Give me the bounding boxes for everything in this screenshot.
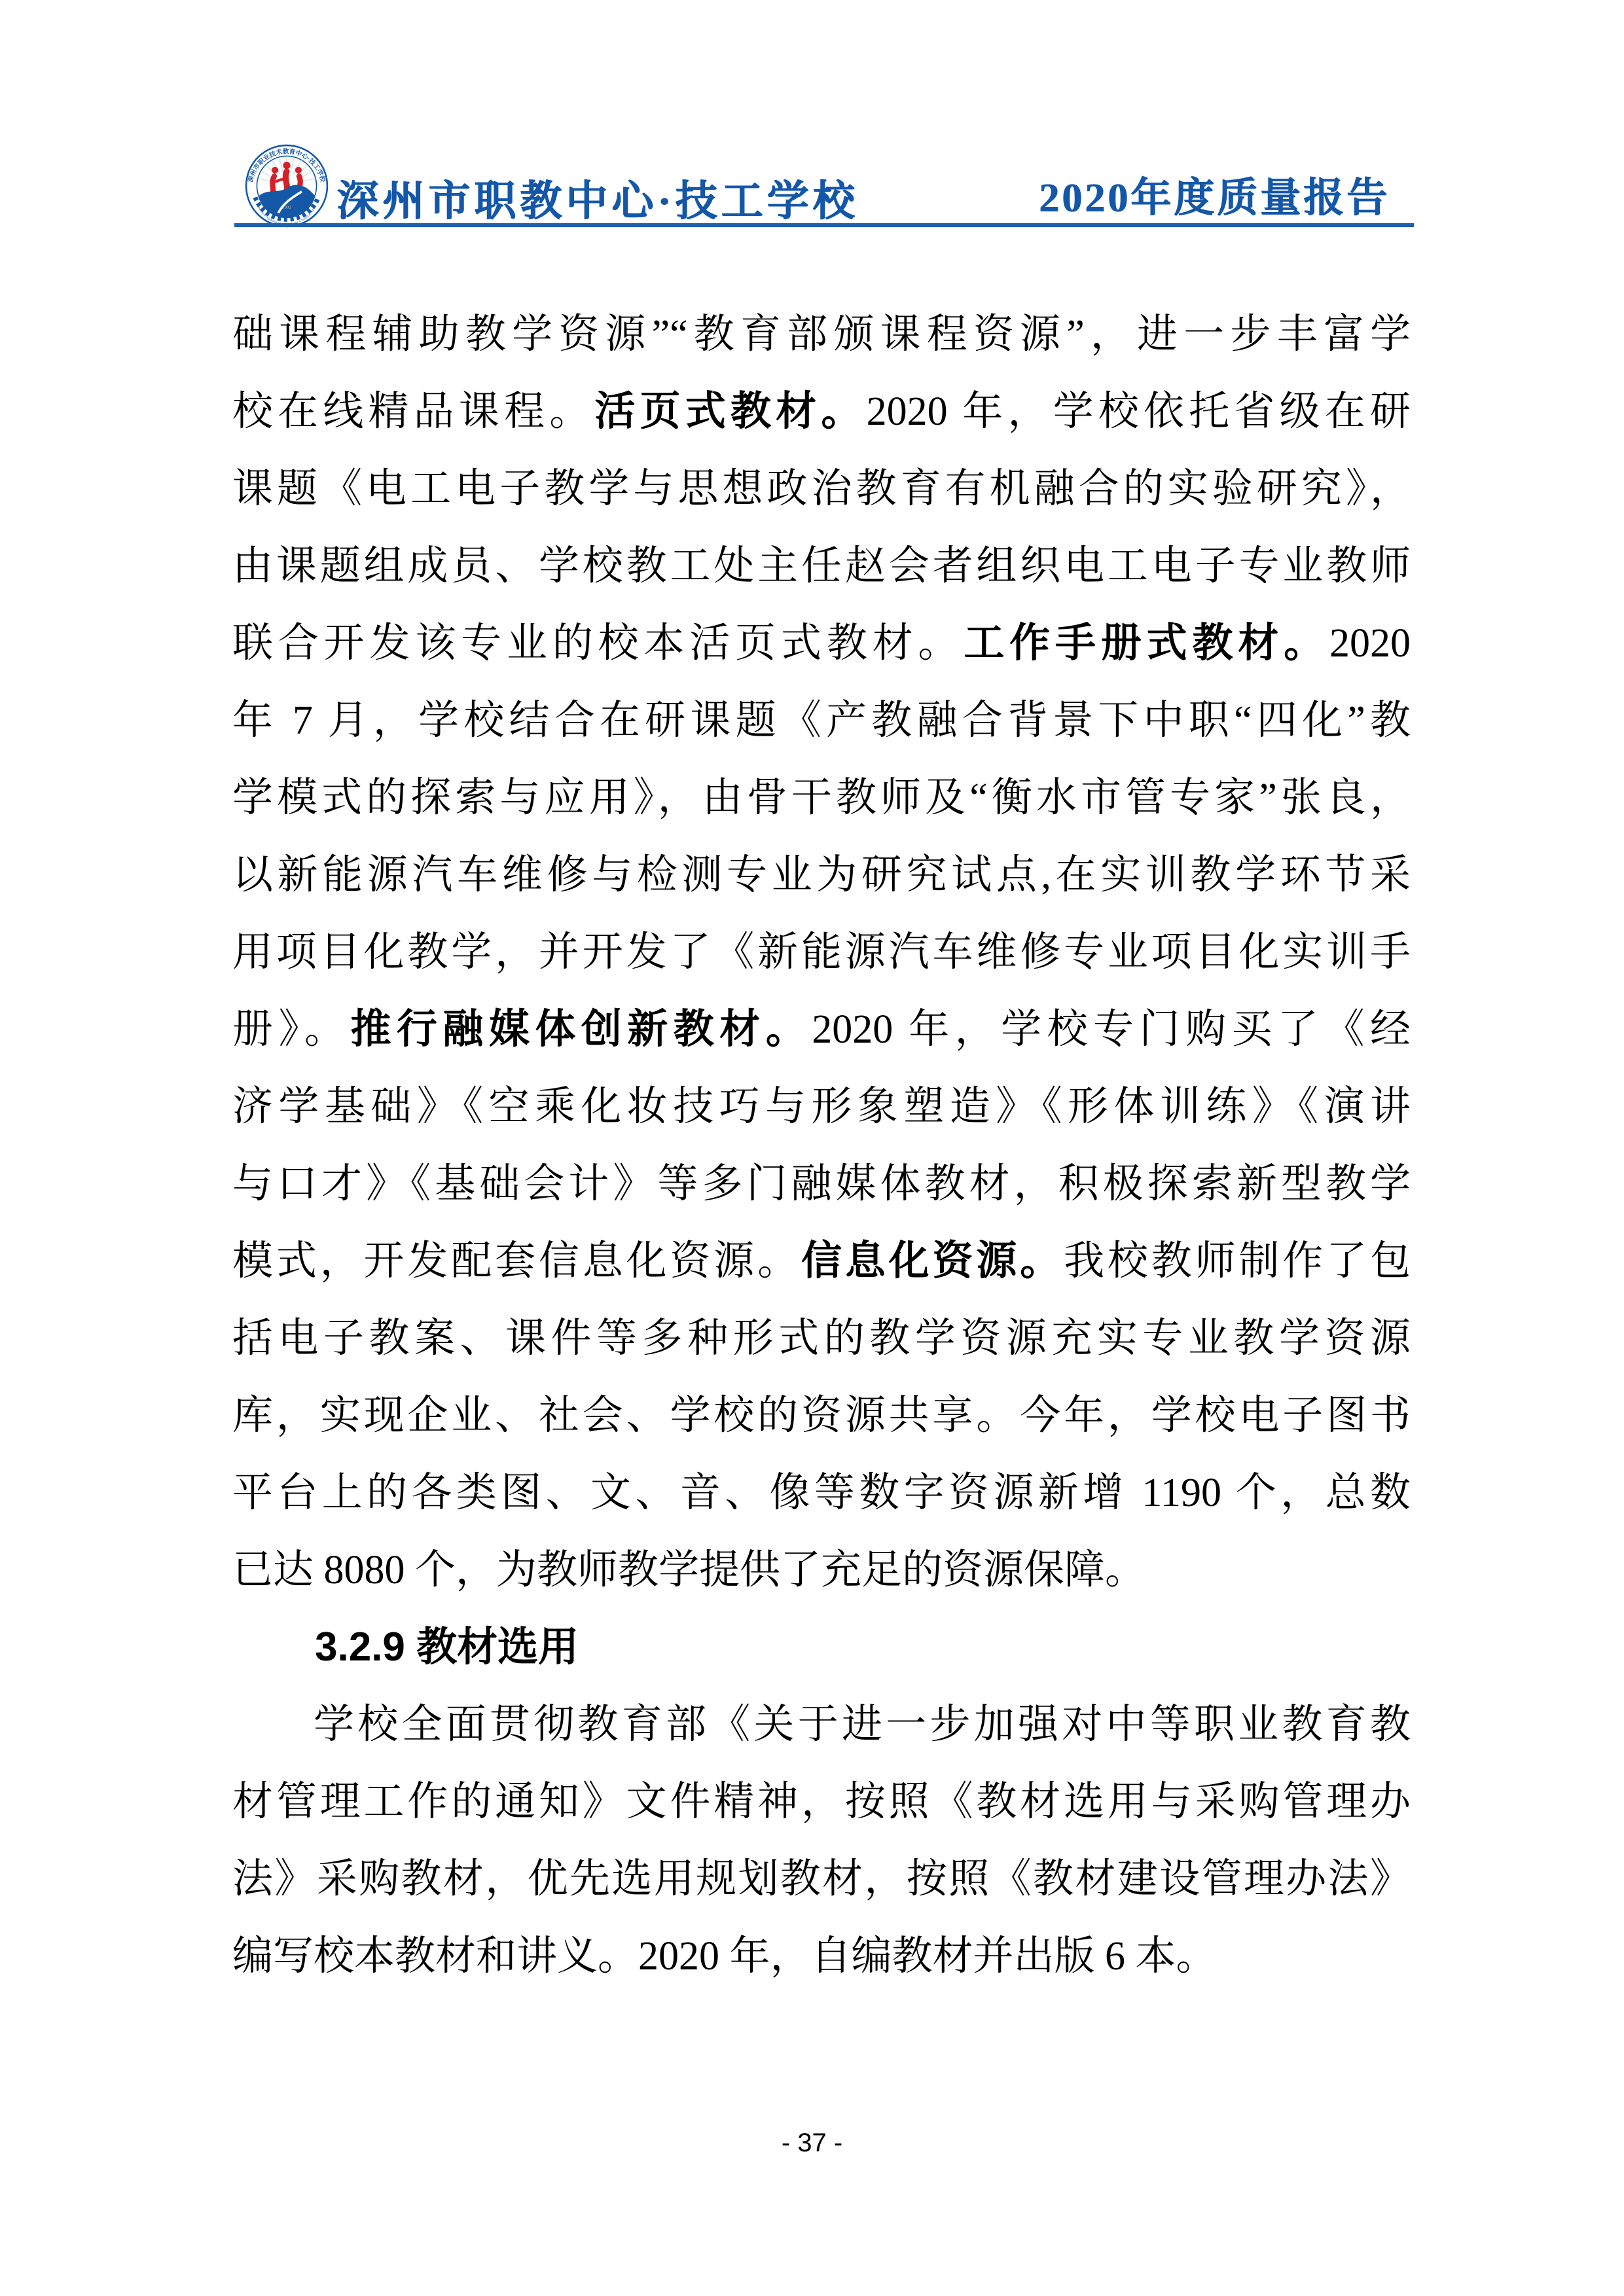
text-run: 课题《电工电子教学与思想政治教育有机融合的实验研究》， [232,467,1411,511]
body-line: 学校全面贯彻教育部《关于进一步加强对中等职业教育教 [232,1686,1411,1763]
body-line: 学模式的探索与应用》，由骨干教师及“衡水市管专家”张良， [232,759,1411,836]
body-line: 已达 8080 个，为教师教学提供了充足的资源保障。 [232,1532,1411,1609]
header-report-title: 2020年度质量报告 [1039,165,1390,223]
body-line: 础课程辅助教学资源”“教育部颁课程资源”，进一步丰富学 [232,296,1411,373]
text-run: 册》。 [232,1007,350,1052]
text-run: 学校全面贯彻教育部《关于进一步加强对中等职业教育教 [314,1702,1411,1747]
text-run: 平台上的各类图、文、音、像等数字资源新增 1190 个，总数 [232,1471,1411,1515]
body-line: 括电子教案、课件等多种形式的教学资源充实专业教学资源 [232,1300,1411,1377]
body-line: 模式，开发配套信息化资源。信息化资源。我校教师制作了包 [232,1223,1411,1300]
body-line: 平台上的各类图、文、音、像等数字资源新增 1190 个，总数 [232,1454,1411,1532]
body-text: 础课程辅助教学资源”“教育部颁课程资源”，进一步丰富学校在线精品课程。活页式教材… [232,296,1411,1995]
text-run: 编写校本教材和讲义。2020 年，自编教材并出版 6 本。 [232,1934,1217,1979]
body-line: 与口才》《基础会计》等多门融媒体教材，积极探索新型教学 [232,1145,1411,1223]
text-run: 库，实现企业、社会、学校的资源共享。今年，学校电子图书 [232,1393,1411,1438]
document-page: 深州市职业技术教育中心·技工学校 Shenzhou Vocational Edu… [0,0,1624,2296]
text-run: 由课题组成员、学校教工处主任赵会者组织电工电子专业教师 [232,544,1411,588]
body-line: 册》。推行融媒体创新教材。2020 年，学校专门购买了《经 [232,991,1411,1068]
text-run: 2020 [1329,621,1411,666]
body-line: 库，实现企业、社会、学校的资源共享。今年，学校电子图书 [232,1377,1411,1454]
bold-text-run: 推行融媒体创新教材。 [350,1007,812,1052]
body-line: 材管理工作的通知》文件精神，按照《教材选用与采购管理办 [232,1763,1411,1840]
header-school-name: 深州市职教中心·技工学校 [336,168,858,228]
body-line: 以新能源汽车维修与检测专业为研究试点,在实训教学环节采 [232,836,1411,914]
bold-text-run: 信息化资源。 [801,1238,1064,1283]
text-run: 年 7 月，学校结合在研课题《产教融合背景下中职“四化”教 [232,698,1411,743]
body-line: 年 7 月，学校结合在研课题《产教融合背景下中职“四化”教 [232,682,1411,759]
text-run: 2020 年，学校专门购买了《经 [812,1007,1411,1052]
text-run: 法》采购教材，优先选用规划教材，按照《教材建设管理办法》 [232,1857,1411,1901]
header-rule [234,223,1414,227]
heading-line: 3.2.9 教材选用 [315,1609,1411,1686]
text-run: 括电子教案、课件等多种形式的教学资源充实专业教学资源 [232,1316,1411,1361]
text-run: 已达 8080 个，为教师教学提供了充足的资源保障。 [232,1548,1146,1592]
text-run: 用项目化教学，并开发了《新能源汽车维修专业项目化实训手 [232,930,1411,975]
text-run: 学模式的探索与应用》，由骨干教师及“衡水市管专家”张良， [232,776,1411,820]
text-run: 础课程辅助教学资源”“教育部颁课程资源”，进一步丰富学 [232,312,1411,357]
body-line: 校在线精品课程。活页式教材。2020 年，学校依托省级在研 [232,373,1411,450]
body-line: 联合开发该专业的校本活页式教材。工作手册式教材。2020 [232,605,1411,682]
paragraph: 础课程辅助教学资源”“教育部颁课程资源”，进一步丰富学校在线精品课程。活页式教材… [232,296,1411,1609]
text-run: 材管理工作的通知》文件精神，按照《教材选用与采购管理办 [232,1780,1411,1824]
text-run: 校在线精品课程。 [232,389,595,434]
body-line: 编写校本教材和讲义。2020 年，自编教材并出版 6 本。 [232,1918,1411,1995]
text-run: 联合开发该专业的校本活页式教材。 [232,621,964,666]
text-run: 与口才》《基础会计》等多门融媒体教材，积极探索新型教学 [232,1162,1411,1206]
body-line: 由课题组成员、学校教工处主任赵会者组织电工电子专业教师 [232,528,1411,605]
body-line: 课题《电工电子教学与思想政治教育有机融合的实验研究》， [232,450,1411,528]
logo-year: 1992 [283,206,291,209]
section-heading: 3.2.9 教材选用 [232,1609,1411,1686]
text-run: 2020 年，学校依托省级在研 [867,389,1411,434]
bold-text-run: 工作手册式教材。 [964,620,1329,666]
bold-text-run: 3.2.9 教材选用 [315,1624,579,1670]
text-run: 我校教师制作了包 [1064,1239,1411,1283]
school-logo-icon: 深州市职业技术教育中心·技工学校 Shenzhou Vocational Edu… [245,144,329,228]
page-number: - 37 - [0,2128,1624,2158]
bold-text-run: 活页式教材。 [595,389,867,434]
text-run: 以新能源汽车维修与检测专业为研究试点,在实训教学环节采 [232,853,1411,897]
text-run: 模式，开发配套信息化资源。 [232,1239,801,1283]
text-run: 济学基础》《空乘化妆技巧与形象塑造》《形体训练》《演讲 [232,1085,1411,1129]
paragraph: 学校全面贯彻教育部《关于进一步加强对中等职业教育教材管理工作的通知》文件精神，按… [232,1686,1411,1995]
body-line: 用项目化教学，并开发了《新能源汽车维修专业项目化实训手 [232,914,1411,991]
body-line: 法》采购教材，优先选用规划教材，按照《教材建设管理办法》 [232,1840,1411,1918]
body-line: 济学基础》《空乘化妆技巧与形象塑造》《形体训练》《演讲 [232,1068,1411,1145]
